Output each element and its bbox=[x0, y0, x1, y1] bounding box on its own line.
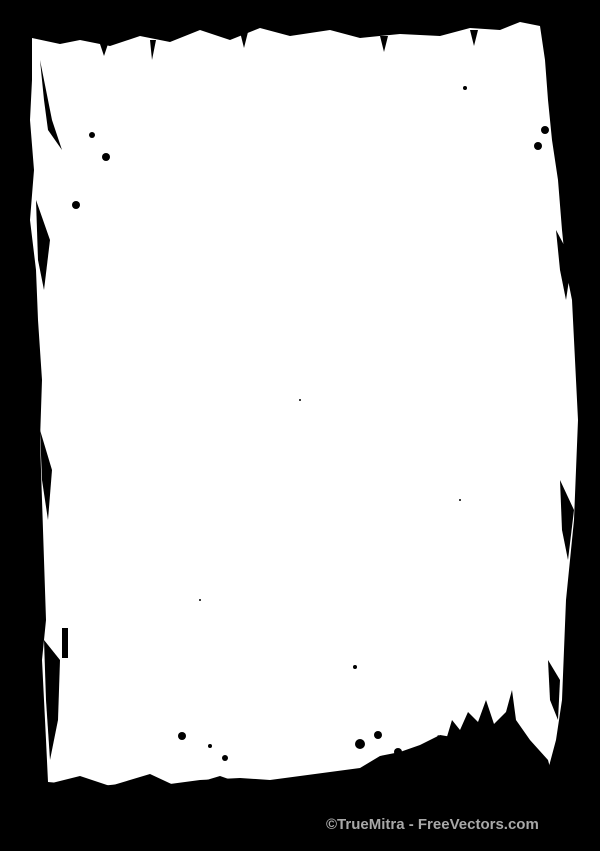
grunge-frame-artwork bbox=[0, 0, 600, 851]
white-panel bbox=[30, 22, 578, 786]
watermark-text: ©TrueMitra - FreeVectors.com bbox=[326, 816, 586, 833]
